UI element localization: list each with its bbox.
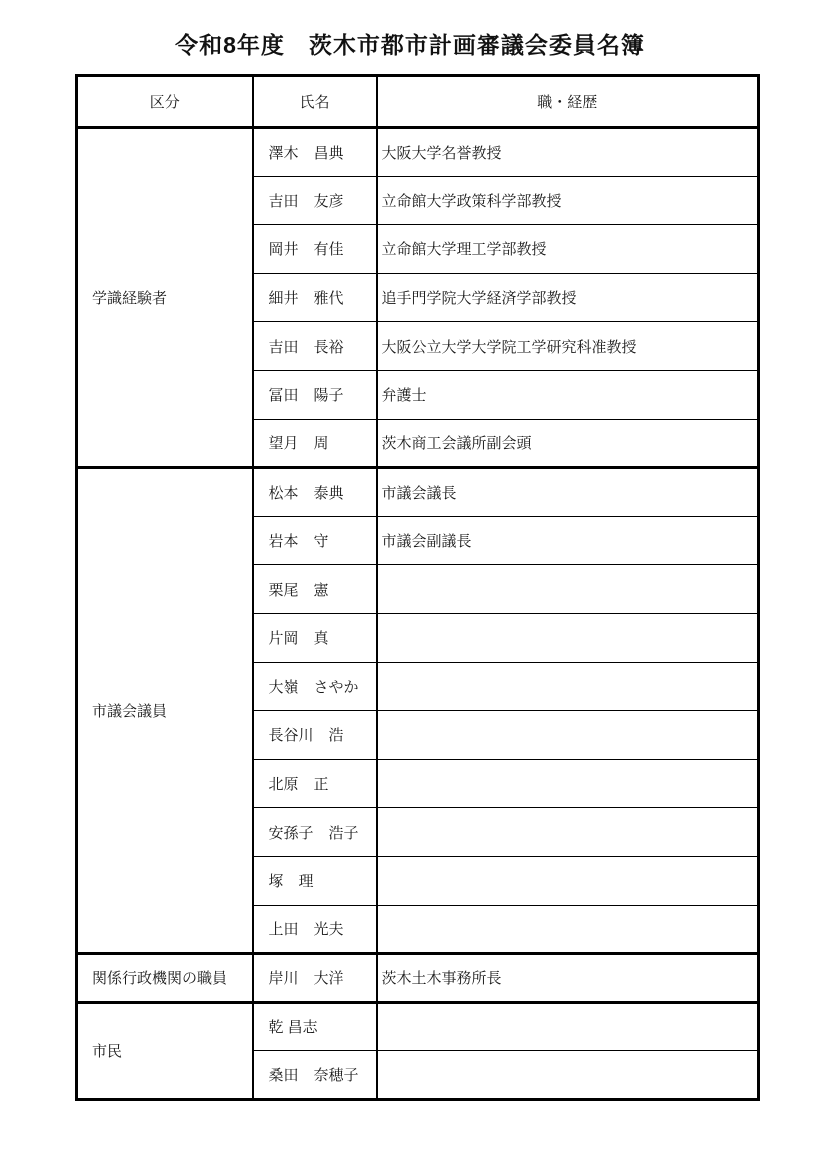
column-header-career: 職・経歴 [377,76,759,128]
member-career-cell: 茨木商工会議所副会頭 [377,419,759,468]
category-cell: 市議会議員 [77,468,253,954]
members-table: 区分 氏名 職・経歴 学識経験者澤木 昌典大阪大学名誉教授吉田 友彦立命館大学政… [75,74,760,1101]
table-body: 学識経験者澤木 昌典大阪大学名誉教授吉田 友彦立命館大学政策科学部教授岡井 有佳… [77,128,759,1100]
member-career-cell [377,1051,759,1100]
member-career-cell [377,662,759,711]
member-career-cell: 茨木土木事務所長 [377,954,759,1003]
member-career-cell: 立命館大学政策科学部教授 [377,176,759,225]
member-name-cell: 長谷川 浩 [253,711,377,760]
member-name-cell: 片岡 真 [253,613,377,662]
member-name-cell: 岡井 有佳 [253,225,377,274]
member-name-cell: 安孫子 浩子 [253,808,377,857]
table-header: 区分 氏名 職・経歴 [77,76,759,128]
member-career-cell [377,808,759,857]
page-title: 令和8年度 茨木市都市計画審議会委員名簿 [0,27,820,60]
member-name-cell: 栗尾 憲 [253,565,377,614]
member-name-cell: 上田 光夫 [253,905,377,954]
category-cell: 学識経験者 [77,128,253,468]
column-header-name: 氏名 [253,76,377,128]
member-career-cell: 大阪大学名誉教授 [377,128,759,177]
member-name-cell: 吉田 長裕 [253,322,377,371]
category-cell: 関係行政機関の職員 [77,954,253,1003]
member-name-cell: 細井 雅代 [253,273,377,322]
member-name-cell: 岩本 守 [253,516,377,565]
member-career-cell: 弁護士 [377,370,759,419]
member-name-cell: 乾 昌志 [253,1002,377,1051]
member-career-cell: 追手門学院大学経済学部教授 [377,273,759,322]
table-row: 市民乾 昌志 [77,1002,759,1051]
category-cell: 市民 [77,1002,253,1099]
member-career-cell [377,613,759,662]
member-career-cell: 市議会議長 [377,468,759,517]
member-name-cell: 北原 正 [253,759,377,808]
member-career-cell [377,905,759,954]
column-header-category: 区分 [77,76,253,128]
member-career-cell: 立命館大学理工学部教授 [377,225,759,274]
member-name-cell: 岸川 大洋 [253,954,377,1003]
table-row: 学識経験者澤木 昌典大阪大学名誉教授 [77,128,759,177]
member-name-cell: 桑田 奈穂子 [253,1051,377,1100]
member-career-cell [377,759,759,808]
member-name-cell: 大嶺 さやか [253,662,377,711]
member-name-cell: 望月 周 [253,419,377,468]
header-row: 区分 氏名 職・経歴 [77,76,759,128]
member-name-cell: 塚 理 [253,856,377,905]
member-career-cell [377,565,759,614]
member-career-cell: 大阪公立大学大学院工学研究科准教授 [377,322,759,371]
table-row: 関係行政機関の職員岸川 大洋茨木土木事務所長 [77,954,759,1003]
member-name-cell: 冨田 陽子 [253,370,377,419]
member-career-cell [377,1002,759,1051]
member-career-cell: 市議会副議長 [377,516,759,565]
member-career-cell [377,711,759,760]
member-name-cell: 吉田 友彦 [253,176,377,225]
member-name-cell: 松本 泰典 [253,468,377,517]
table-row: 市議会議員松本 泰典市議会議長 [77,468,759,517]
member-name-cell: 澤木 昌典 [253,128,377,177]
member-career-cell [377,856,759,905]
